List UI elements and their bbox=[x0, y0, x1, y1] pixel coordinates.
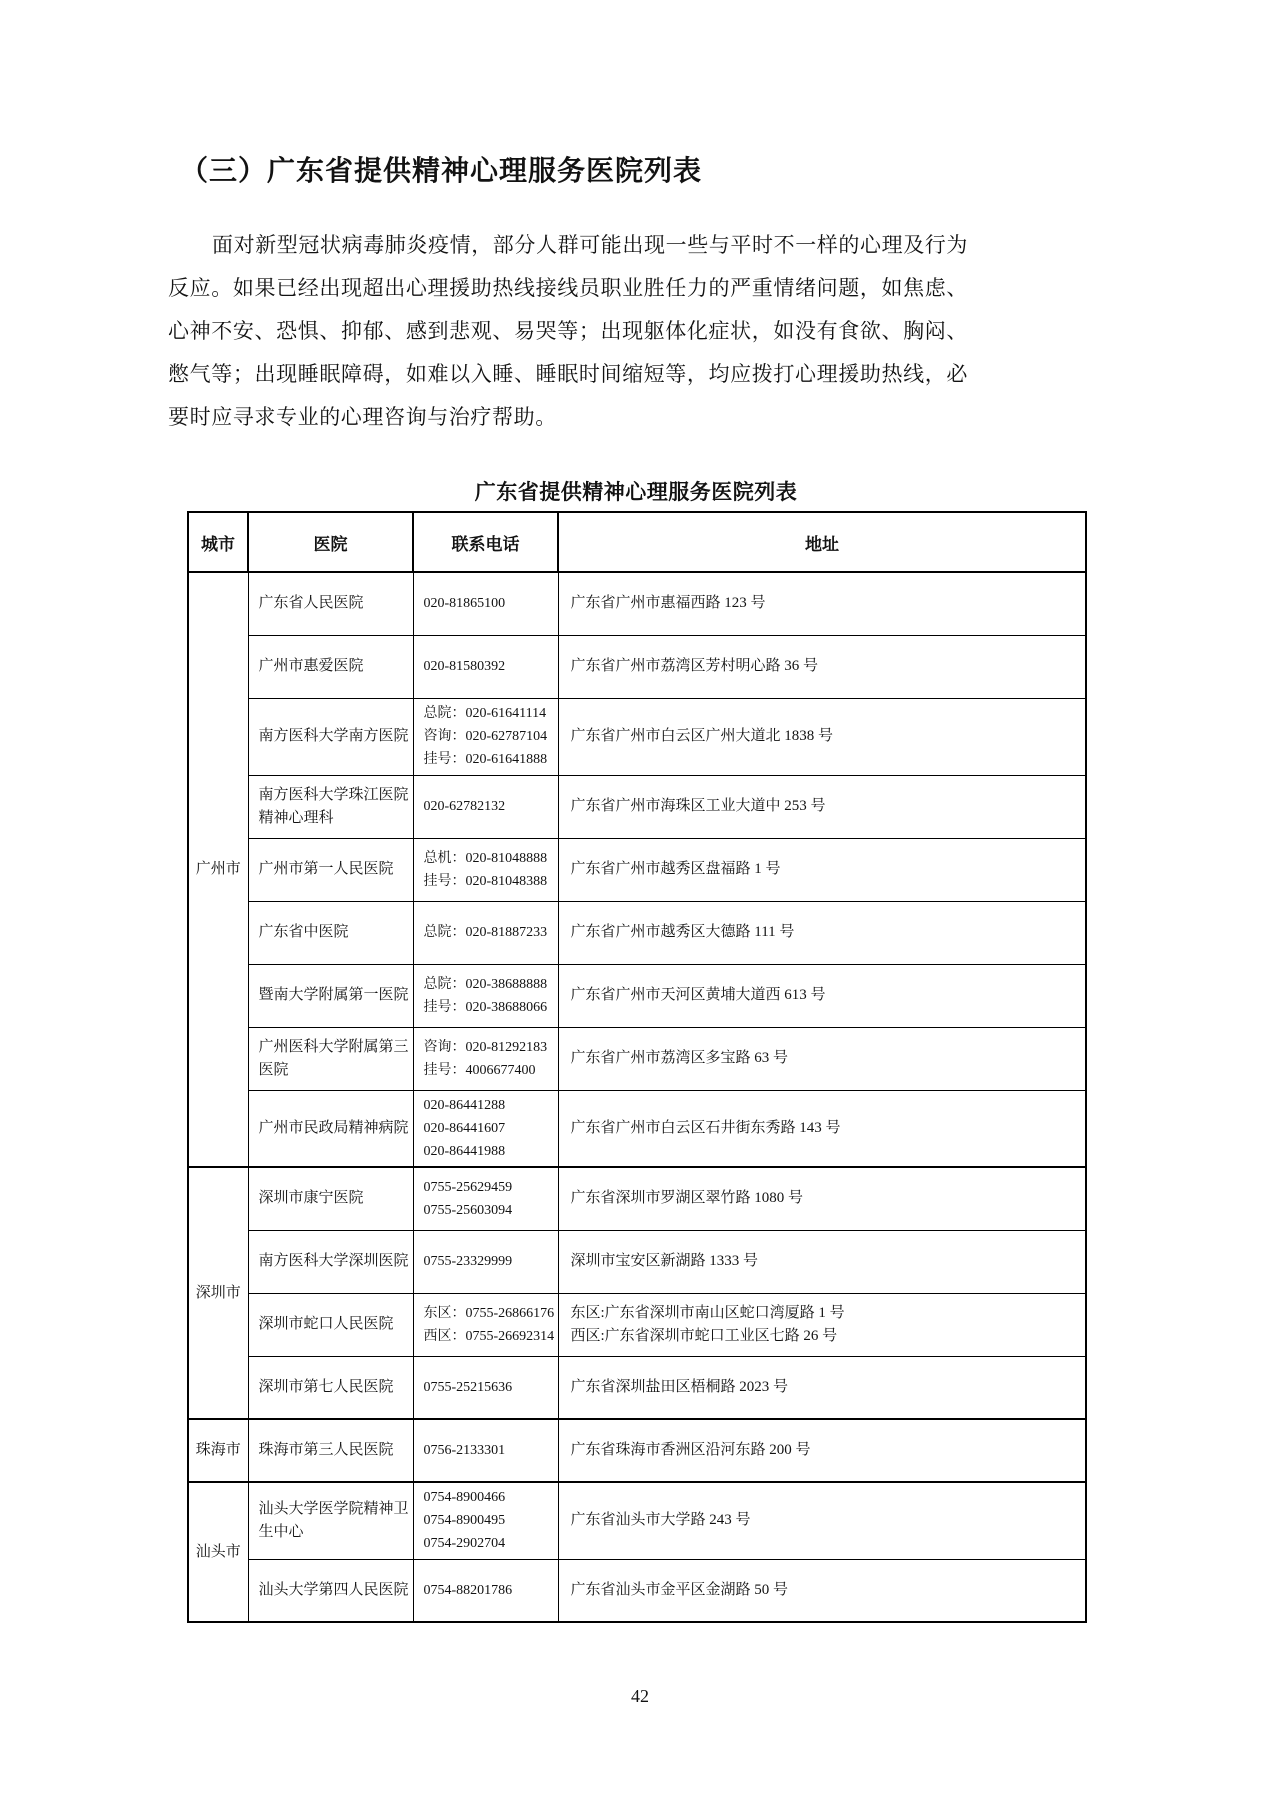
phone-cell: 0755-23329999 bbox=[413, 1230, 558, 1293]
address-cell: 广东省广州市越秀区大德路 111 号 bbox=[558, 901, 1086, 964]
hospital-cell: 深圳市第七人民医院 bbox=[248, 1356, 413, 1419]
hospital-cell: 南方医科大学深圳医院 bbox=[248, 1230, 413, 1293]
address-cell: 广东省深圳盐田区梧桐路 2023 号 bbox=[558, 1356, 1086, 1419]
phone-line: 0755-23329999 bbox=[424, 1250, 558, 1273]
table-row: 汕头大学第四人民医院0754-88201786广东省汕头市金平区金湖路 50 号 bbox=[188, 1559, 1086, 1622]
phone-line: 挂号：4006677400 bbox=[424, 1059, 558, 1082]
hospital-cell: 广州市第一人民医院 bbox=[248, 838, 413, 901]
address-line: 广东省广州市越秀区盘福路 1 号 bbox=[571, 858, 1082, 881]
phone-line: 0754-2902704 bbox=[424, 1532, 558, 1555]
address-cell: 广东省广州市海珠区工业大道中 253 号 bbox=[558, 775, 1086, 838]
phone-line: 0754-88201786 bbox=[424, 1579, 558, 1602]
phone-cell: 0754-89004660754-89004950754-2902704 bbox=[413, 1482, 558, 1559]
hospital-cell: 广东省人民医院 bbox=[248, 572, 413, 635]
address-cell: 广东省汕头市大学路 243 号 bbox=[558, 1482, 1086, 1559]
phone-line: 总院：020-38688888 bbox=[424, 973, 558, 996]
table-row: 深圳市第七人民医院0755-25215636广东省深圳盐田区梧桐路 2023 号 bbox=[188, 1356, 1086, 1419]
address-cell: 东区:广东省深圳市南山区蛇口湾厦路 1 号西区:广东省深圳市蛇口工业区七路 26… bbox=[558, 1293, 1086, 1356]
column-header: 医院 bbox=[248, 512, 413, 572]
phone-line: 西区：0755-26692314 bbox=[424, 1325, 558, 1348]
hospital-cell: 广州市民政局精神病院 bbox=[248, 1090, 413, 1167]
table-row: 广州市民政局精神病院020-86441288020-86441607020-86… bbox=[188, 1090, 1086, 1167]
phone-cell: 020-81580392 bbox=[413, 635, 558, 698]
phone-line: 0754-8900466 bbox=[424, 1486, 558, 1509]
phone-cell: 总院：020-61641114咨询：020-62787104挂号：020-616… bbox=[413, 698, 558, 775]
phone-line: 0755-25603094 bbox=[424, 1199, 558, 1222]
address-line: 广东省广州市荔湾区多宝路 63 号 bbox=[571, 1047, 1082, 1070]
address-line: 广东省广州市海珠区工业大道中 253 号 bbox=[571, 795, 1082, 818]
address-cell: 广东省广州市越秀区盘福路 1 号 bbox=[558, 838, 1086, 901]
section-title: （三）广东省提供精神心理服务医院列表 bbox=[180, 149, 702, 189]
table-row: 广州医科大学附属第三医院咨询：020-81292183挂号：4006677400… bbox=[188, 1027, 1086, 1090]
table-title: 广东省提供精神心理服务医院列表 bbox=[187, 476, 1085, 506]
hospital-cell: 南方医科大学珠江医院精神心理科 bbox=[248, 775, 413, 838]
address-line: 东区:广东省深圳市南山区蛇口湾厦路 1 号 bbox=[571, 1302, 1082, 1325]
phone-cell: 总机：020-81048888挂号：020-81048388 bbox=[413, 838, 558, 901]
hospital-cell: 广州市惠爱医院 bbox=[248, 635, 413, 698]
intro-paragraph: 面对新型冠状病毒肺炎疫情，部分人群可能出现一些与平时不一样的心理及行为反应。如果… bbox=[168, 224, 968, 439]
phone-cell: 020-81865100 bbox=[413, 572, 558, 635]
phone-line: 020-81865100 bbox=[424, 592, 558, 615]
address-line: 广东省深圳市罗湖区翠竹路 1080 号 bbox=[571, 1187, 1082, 1210]
address-line: 广东省广州市天河区黄埔大道西 613 号 bbox=[571, 984, 1082, 1007]
hospital-cell: 广州医科大学附属第三医院 bbox=[248, 1027, 413, 1090]
address-line: 广东省广州市荔湾区芳村明心路 36 号 bbox=[571, 655, 1082, 678]
phone-cell: 0755-25215636 bbox=[413, 1356, 558, 1419]
table-row: 暨南大学附属第一医院总院：020-38688888挂号：020-38688066… bbox=[188, 964, 1086, 1027]
address-line: 广东省汕头市大学路 243 号 bbox=[571, 1509, 1082, 1532]
table-row: 广州市惠爱医院020-81580392广东省广州市荔湾区芳村明心路 36 号 bbox=[188, 635, 1086, 698]
hospital-cell: 暨南大学附属第一医院 bbox=[248, 964, 413, 1027]
address-cell: 广东省广州市荔湾区芳村明心路 36 号 bbox=[558, 635, 1086, 698]
hospital-cell: 深圳市康宁医院 bbox=[248, 1167, 413, 1230]
table-row: 深圳市深圳市康宁医院0755-256294590755-25603094广东省深… bbox=[188, 1167, 1086, 1230]
hospital-table: 城市医院联系电话地址 广州市广东省人民医院020-81865100广东省广州市惠… bbox=[187, 511, 1087, 1623]
address-line: 广东省珠海市香洲区沿河东路 200 号 bbox=[571, 1439, 1082, 1462]
address-cell: 广东省广州市白云区石井街东秀路 143 号 bbox=[558, 1090, 1086, 1167]
phone-cell: 020-62782132 bbox=[413, 775, 558, 838]
header-row: 城市医院联系电话地址 bbox=[188, 512, 1086, 572]
hospital-cell: 汕头大学医学院精神卫生中心 bbox=[248, 1482, 413, 1559]
phone-cell: 0755-256294590755-25603094 bbox=[413, 1167, 558, 1230]
phone-line: 挂号：020-38688066 bbox=[424, 996, 558, 1019]
address-line: 西区:广东省深圳市蛇口工业区七路 26 号 bbox=[571, 1325, 1082, 1348]
address-line: 广东省汕头市金平区金湖路 50 号 bbox=[571, 1579, 1082, 1602]
phone-line: 0755-25215636 bbox=[424, 1376, 558, 1399]
address-cell: 广东省深圳市罗湖区翠竹路 1080 号 bbox=[558, 1167, 1086, 1230]
table-row: 南方医科大学珠江医院精神心理科020-62782132广东省广州市海珠区工业大道… bbox=[188, 775, 1086, 838]
hospital-cell: 深圳市蛇口人民医院 bbox=[248, 1293, 413, 1356]
phone-cell: 咨询：020-81292183挂号：4006677400 bbox=[413, 1027, 558, 1090]
phone-line: 0756-2133301 bbox=[424, 1439, 558, 1462]
phone-cell: 020-86441288020-86441607020-86441988 bbox=[413, 1090, 558, 1167]
address-line: 广东省广州市越秀区大德路 111 号 bbox=[571, 921, 1082, 944]
phone-line: 咨询：020-62787104 bbox=[424, 725, 558, 748]
column-header: 联系电话 bbox=[413, 512, 558, 572]
city-cell: 深圳市 bbox=[188, 1167, 248, 1419]
table-row: 珠海市珠海市第三人民医院0756-2133301广东省珠海市香洲区沿河东路 20… bbox=[188, 1419, 1086, 1482]
table-row: 南方医科大学南方医院总院：020-61641114咨询：020-62787104… bbox=[188, 698, 1086, 775]
hospital-cell: 汕头大学第四人民医院 bbox=[248, 1559, 413, 1622]
address-cell: 广东省广州市惠福西路 123 号 bbox=[558, 572, 1086, 635]
column-header: 地址 bbox=[558, 512, 1086, 572]
phone-line: 020-62782132 bbox=[424, 795, 558, 818]
column-header: 城市 bbox=[188, 512, 248, 572]
address-cell: 广东省广州市天河区黄埔大道西 613 号 bbox=[558, 964, 1086, 1027]
address-line: 深圳市宝安区新湖路 1333 号 bbox=[571, 1250, 1082, 1273]
phone-line: 东区：0755-26866176 bbox=[424, 1302, 558, 1325]
hospital-cell: 广东省中医院 bbox=[248, 901, 413, 964]
address-line: 广东省深圳盐田区梧桐路 2023 号 bbox=[571, 1376, 1082, 1399]
phone-line: 020-86441607 bbox=[424, 1117, 558, 1140]
city-cell: 广州市 bbox=[188, 572, 248, 1167]
table-row: 深圳市蛇口人民医院东区：0755-26866176西区：0755-2669231… bbox=[188, 1293, 1086, 1356]
table-row: 广州市第一人民医院总机：020-81048888挂号：020-81048388广… bbox=[188, 838, 1086, 901]
phone-cell: 东区：0755-26866176西区：0755-26692314 bbox=[413, 1293, 558, 1356]
phone-cell: 总院：020-38688888挂号：020-38688066 bbox=[413, 964, 558, 1027]
hospital-cell: 南方医科大学南方医院 bbox=[248, 698, 413, 775]
city-cell: 汕头市 bbox=[188, 1482, 248, 1622]
table-row: 汕头市汕头大学医学院精神卫生中心0754-89004660754-8900495… bbox=[188, 1482, 1086, 1559]
phone-line: 020-86441988 bbox=[424, 1140, 558, 1163]
address-line: 广东省广州市白云区广州大道北 1838 号 bbox=[571, 725, 1082, 748]
address-cell: 广东省广州市荔湾区多宝路 63 号 bbox=[558, 1027, 1086, 1090]
page-number: 42 bbox=[0, 1686, 1280, 1707]
phone-line: 挂号：020-81048388 bbox=[424, 870, 558, 893]
phone-cell: 总院：020-81887233 bbox=[413, 901, 558, 964]
table-body: 广州市广东省人民医院020-81865100广东省广州市惠福西路 123 号广州… bbox=[188, 572, 1086, 1622]
phone-line: 咨询：020-81292183 bbox=[424, 1036, 558, 1059]
table-header: 城市医院联系电话地址 bbox=[188, 512, 1086, 572]
phone-line: 020-81580392 bbox=[424, 655, 558, 678]
table-row: 广州市广东省人民医院020-81865100广东省广州市惠福西路 123 号 bbox=[188, 572, 1086, 635]
city-cell: 珠海市 bbox=[188, 1419, 248, 1482]
address-cell: 广东省汕头市金平区金湖路 50 号 bbox=[558, 1559, 1086, 1622]
table-row: 广东省中医院总院：020-81887233广东省广州市越秀区大德路 111 号 bbox=[188, 901, 1086, 964]
phone-line: 020-86441288 bbox=[424, 1094, 558, 1117]
hospital-cell: 珠海市第三人民医院 bbox=[248, 1419, 413, 1482]
phone-cell: 0754-88201786 bbox=[413, 1559, 558, 1622]
document-page: （三）广东省提供精神心理服务医院列表 面对新型冠状病毒肺炎疫情，部分人群可能出现… bbox=[0, 0, 1280, 1810]
table-row: 南方医科大学深圳医院0755-23329999深圳市宝安区新湖路 1333 号 bbox=[188, 1230, 1086, 1293]
address-cell: 广东省广州市白云区广州大道北 1838 号 bbox=[558, 698, 1086, 775]
phone-line: 挂号：020-61641888 bbox=[424, 748, 558, 771]
phone-line: 总院：020-61641114 bbox=[424, 702, 558, 725]
address-cell: 深圳市宝安区新湖路 1333 号 bbox=[558, 1230, 1086, 1293]
phone-cell: 0756-2133301 bbox=[413, 1419, 558, 1482]
phone-line: 0754-8900495 bbox=[424, 1509, 558, 1532]
address-line: 广东省广州市白云区石井街东秀路 143 号 bbox=[571, 1117, 1082, 1140]
address-cell: 广东省珠海市香洲区沿河东路 200 号 bbox=[558, 1419, 1086, 1482]
phone-line: 总院：020-81887233 bbox=[424, 921, 558, 944]
phone-line: 0755-25629459 bbox=[424, 1176, 558, 1199]
phone-line: 总机：020-81048888 bbox=[424, 847, 558, 870]
address-line: 广东省广州市惠福西路 123 号 bbox=[571, 592, 1082, 615]
